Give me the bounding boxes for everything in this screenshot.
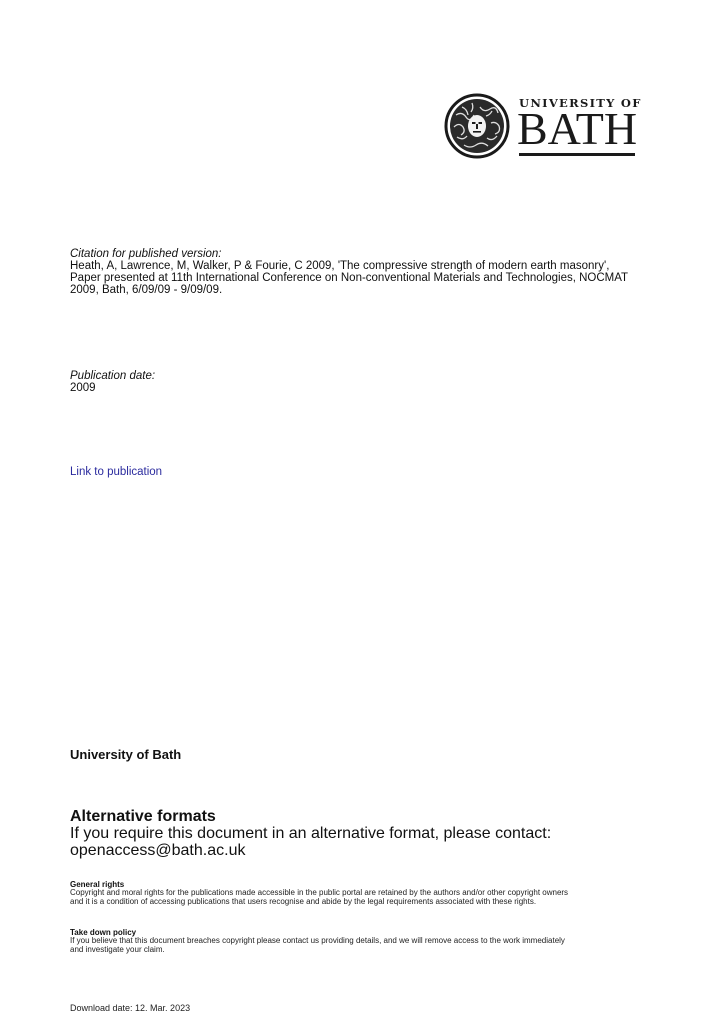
take-down-policy-line-2: and investigate your claim. — [70, 946, 685, 955]
publication-date-section: Publication date: 2009 — [70, 370, 155, 394]
university-seal-icon — [444, 93, 510, 159]
publication-date-label: Publication date: — [70, 370, 155, 382]
take-down-policy-section: Take down policy If you believe that thi… — [70, 928, 685, 954]
citation-line-1: Heath, A, Lawrence, M, Walker, P & Fouri… — [70, 260, 670, 272]
link-to-publication[interactable]: Link to publication — [70, 466, 162, 478]
citation-line-2: Paper presented at 11th International Co… — [70, 272, 670, 284]
citation-label: Citation for published version: — [70, 248, 670, 260]
logo-bath-text: BATH — [517, 106, 637, 152]
citation-section: Citation for published version: Heath, A… — [70, 248, 670, 296]
alternative-formats-title: Alternative formats — [70, 808, 670, 825]
general-rights-line-2: and it is a condition of accessing publi… — [70, 898, 685, 907]
citation-line-3: 2009, Bath, 6/09/09 - 9/09/09. — [70, 284, 670, 296]
publication-date-value: 2009 — [70, 382, 155, 394]
university-logo: UNIVERSITY OF BATH — [444, 93, 639, 163]
institution-name: University of Bath — [70, 747, 181, 762]
alternative-formats-text: If you require this document in an alter… — [70, 825, 670, 842]
contact-email[interactable]: openaccess@bath.ac.uk — [70, 842, 670, 859]
alternative-formats-section: Alternative formats If you require this … — [70, 808, 670, 859]
general-rights-section: General rights Copyright and moral right… — [70, 880, 685, 906]
logo-underline — [519, 153, 635, 156]
download-date: Download date: 12. Mar. 2023 — [70, 1003, 190, 1013]
